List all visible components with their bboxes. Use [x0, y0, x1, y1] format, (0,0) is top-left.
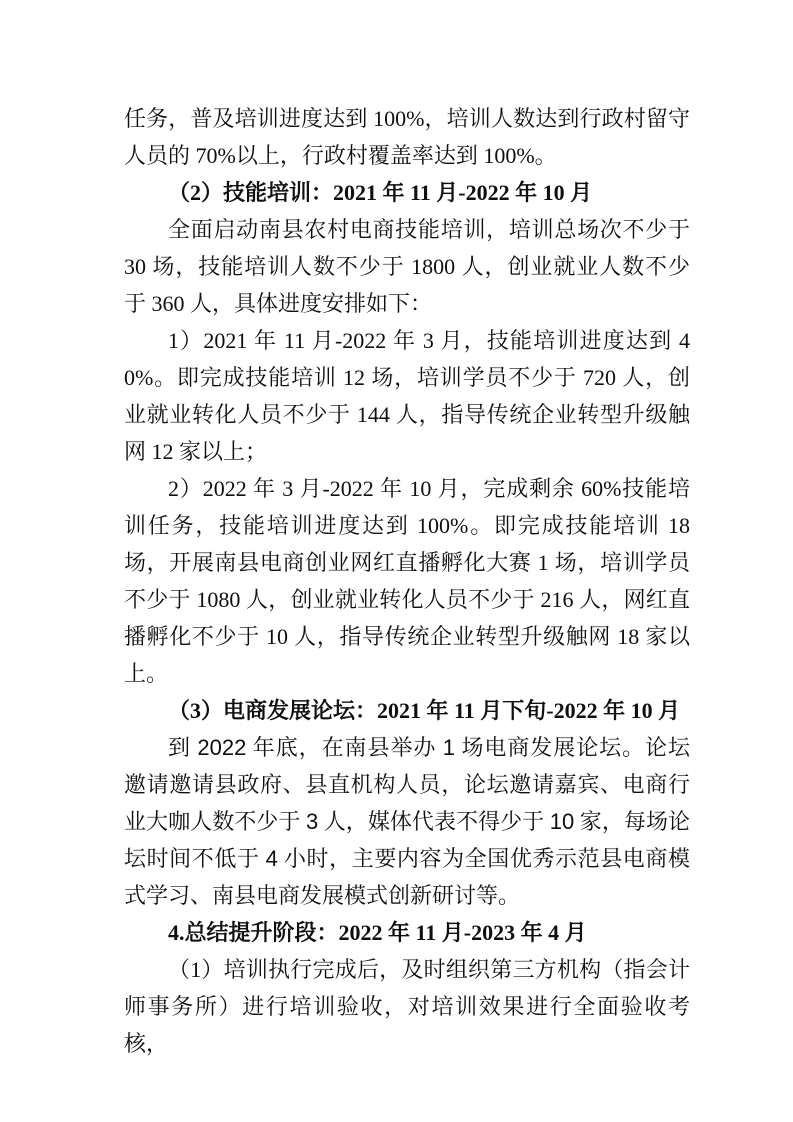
paragraph: 全面启动南县农村电商技能培训，培训总场次不少于 30 场，技能培训人数不少于 1…: [124, 211, 690, 322]
paragraph: 1）2021 年 11 月-2022 年 3 月，技能培训进度达到 40%。即完…: [124, 322, 690, 470]
section-heading-skill-training: （2）技能培训：2021 年 11 月-2022 年 10 月: [124, 174, 690, 211]
section-heading-ecommerce-forum: （3）电商发展论坛：2021 年 11 月下旬-2022 年 10 月: [124, 692, 690, 729]
document-page: 任务，普及培训进度达到 100%，培训人数达到行政村留守人员的 70%以上，行政…: [0, 0, 793, 1122]
section-heading-summary-phase: 4.总结提升阶段：2022 年 11 月-2023 年 4 月: [124, 914, 690, 951]
paragraph-continuation: 任务，普及培训进度达到 100%，培训人数达到行政村留守人员的 70%以上，行政…: [124, 100, 690, 174]
paragraph: 2）2022 年 3 月-2022 年 10 月，完成剩余 60%技能培训任务，…: [124, 470, 690, 692]
paragraph: 到 2022 年底，在南县举办 1 场电商发展论坛。论坛邀请邀请县政府、县直机构…: [124, 729, 690, 914]
paragraph: （1）培训执行完成后，及时组织第三方机构（指会计师事务所）进行培训验收，对培训效…: [124, 951, 690, 1062]
document-text-block: 任务，普及培训进度达到 100%，培训人数达到行政村留守人员的 70%以上，行政…: [124, 100, 690, 1062]
